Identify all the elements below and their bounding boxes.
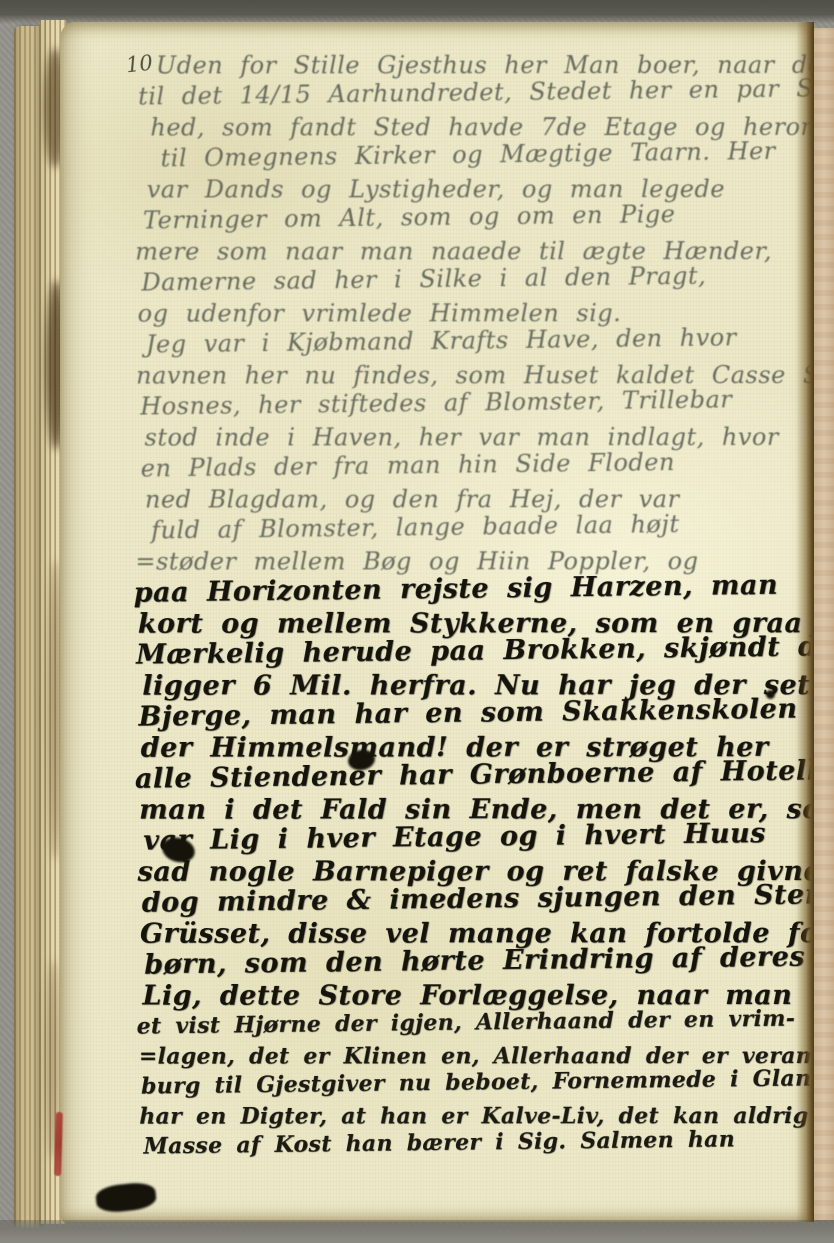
handwriting-lines: Uden for Stille Gjesthus her Man boer, n… (130, 45, 812, 1222)
manuscript-scan: 10 Uden for Stille Gjesthus her Man boer… (0, 0, 834, 1243)
gutter-crease (796, 22, 814, 1222)
book-cover-edge (14, 26, 40, 1230)
top-shadow (0, 0, 834, 24)
bottom-shadow (0, 1220, 834, 1243)
adjacent-page-edge (814, 28, 834, 1220)
ink-blot (766, 690, 775, 699)
manuscript-page: 10 Uden for Stille Gjesthus her Man boer… (60, 22, 812, 1222)
